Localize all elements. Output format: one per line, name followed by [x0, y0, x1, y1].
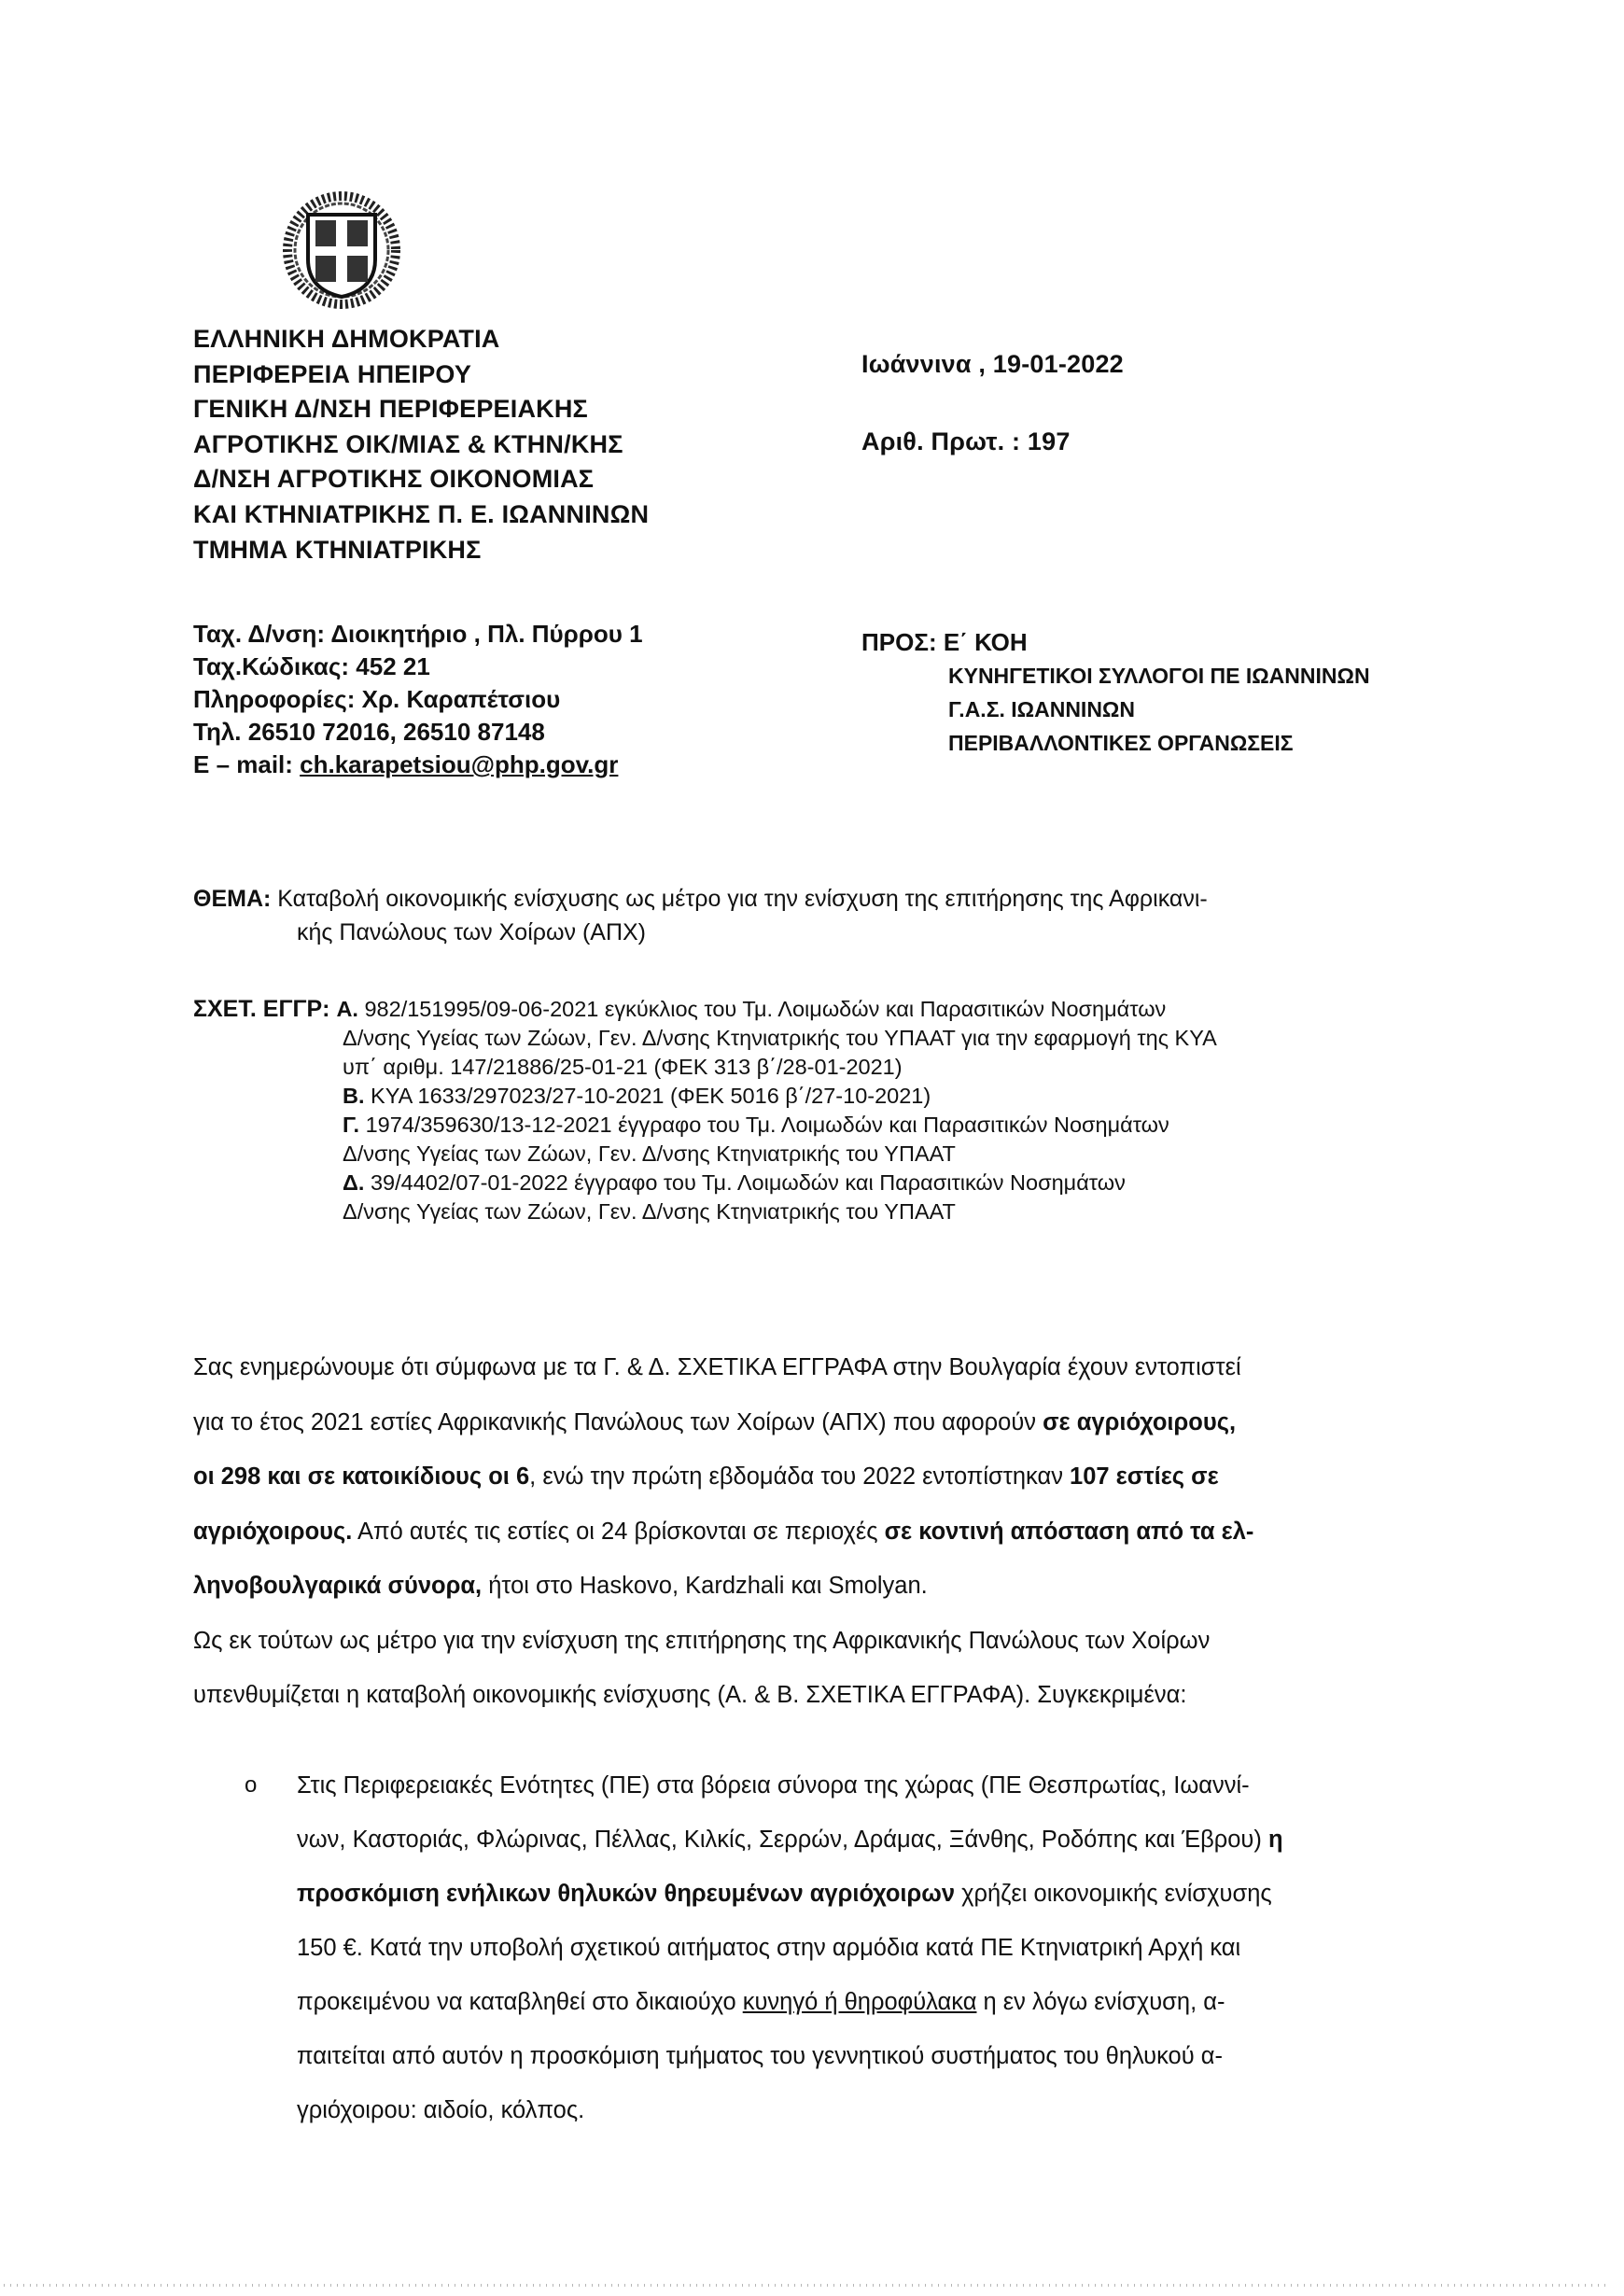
date-protocol-block: Ιωάννινα , 19-01-2022 Αριθ. Πρωτ. : 197	[861, 347, 1124, 459]
body-text-bold: αγριόχοιρους.	[193, 1519, 352, 1545]
reference-text: 39/4402/07-01-2022 έγγραφο του Τμ. Λοιμω…	[371, 1170, 1126, 1195]
greek-coat-of-arms-icon	[280, 187, 403, 310]
bullet-text-bold: προσκόμιση ενήλικων θηλυκών θηρευμένων α…	[297, 1881, 955, 1907]
body-line: Σας ενημερώνουμε ότι σύμφωνα με τα Γ. & …	[193, 1340, 1253, 1395]
reference-key: Δ.	[343, 1170, 364, 1195]
body-line: αγριόχοιρους. Από αυτές τις εστίες οι 24…	[193, 1505, 1253, 1560]
bullet-marker-icon: o	[245, 1758, 263, 1813]
issuer-line: ΑΓΡΟΤΙΚΗΣ ΟΙΚ/ΜΙΑΣ & ΚΤΗΝ/ΚΗΣ	[193, 427, 649, 463]
issuer-line: ΕΛΛΗΝΙΚΗ ΔΗΜΟΚΡΑΤΙΑ	[193, 322, 649, 357]
reference-text: υπ΄ αριθμ. 147/21886/25-01-21 (ΦΕΚ 313 β…	[193, 1053, 1217, 1082]
recipients-block: ΠΡΟΣ: Ε΄ ΚΟΗ ΚΥΝΗΓΕΤΙΚΟΙ ΣΥΛΛΟΓΟΙ ΠΕ ΙΩΑ…	[861, 625, 1370, 760]
body-line: για το έτος 2021 εστίες Αφρικανικής Πανώ…	[193, 1395, 1253, 1450]
bullet-text: η εν λόγω ενίσχυση, α-	[976, 1989, 1225, 2015]
reference-text: Δ/νσης Υγείας των Ζώων, Γεν. Δ/νσης Κτην…	[193, 1140, 1217, 1169]
bullet-line: νων, Καστοριάς, Φλώρινας, Πέλλας, Κιλκίς…	[245, 1813, 1283, 1867]
phone: Τηλ. 26510 72016, 26510 87148	[193, 716, 643, 749]
reference-text: Δ/νσης Υγείας των Ζώων, Γεν. Δ/νσης Κτην…	[193, 1197, 1217, 1226]
body-text: για το έτος 2021 εστίες Αφρικανικής Πανώ…	[193, 1409, 1043, 1435]
reference-text: Δ/νσης Υγείας των Ζώων, Γεν. Δ/νσης Κτην…	[193, 1024, 1217, 1053]
recipient: ΚΥΝΗΓΕΤΙΚΟΙ ΣΥΛΛΟΓΟΙ ΠΕ ΙΩΑΝΝΙΝΩΝ	[861, 659, 1370, 693]
subject-text-cont: κής Πανώλους των Χοίρων (ΑΠΧ)	[193, 916, 1453, 949]
body-line: Ως εκ τούτων ως μέτρο για την ενίσχυση τ…	[193, 1614, 1253, 1669]
body-line: οι 298 και σε κατοικίδιους οι 6, ενώ την…	[193, 1449, 1253, 1505]
reference-key: Α.	[336, 997, 358, 1021]
bullet-text: χρήζει οικονομικής ενίσχυσης	[955, 1881, 1272, 1907]
issuer-line: ΤΜΗΜΑ ΚΤΗΝΙΑΤΡΙΚΗΣ	[193, 533, 649, 568]
issuer-line: Δ/ΝΣΗ ΑΓΡΟΤΙΚΗΣ ΟΙΚΟΝΟΜΙΑΣ	[193, 462, 649, 497]
reference-key: Β.	[343, 1084, 365, 1108]
bullet-text: προκειμένου να καταβληθεί στο δικαιούχο	[297, 1989, 743, 2015]
body-text: , ενώ την πρώτη εβδομάδα του 2022 εντοπί…	[529, 1463, 1070, 1490]
address: Ταχ. Δ/νση: Διοικητήριο , Πλ. Πύρρου 1	[193, 618, 643, 651]
bullet-text-bold: η	[1268, 1827, 1283, 1853]
bullet-text: νων, Καστοριάς, Φλώρινας, Πέλλας, Κιλκίς…	[297, 1827, 1268, 1853]
recipient: Γ.Α.Σ. ΙΩΑΝΝΙΝΩΝ	[861, 693, 1370, 726]
recipient: ΠΕΡΙΒΑΛΛΟΝΤΙΚΕΣ ΟΡΓΑΝΩΣΕΙΣ	[861, 726, 1370, 760]
email-label: Ε – mail:	[193, 750, 300, 778]
references-block: ΣΧΕΤ. ΕΓΓΡ: Α. 982/151995/09-06-2021 εγκ…	[193, 995, 1217, 1226]
page-edge-divider	[4, 2284, 1609, 2287]
recipients-label: ΠΡΟΣ:	[861, 628, 937, 656]
bullet-line: προσκόμιση ενήλικων θηλυκών θηρευμένων α…	[245, 1867, 1283, 1921]
bullet-line: Στις Περιφερειακές Ενότητες (ΠΕ) στα βόρ…	[245, 1758, 1283, 1813]
issuer-line: ΠΕΡΙΦΕΡΕΙΑ ΗΠΕΙΡΟΥ	[193, 357, 649, 393]
body-text-bold: ληνοβουλγαρικά σύνορα,	[193, 1573, 482, 1599]
bullet-line: γριόχοιρου: αιδοίο, κόλπος.	[245, 2083, 1283, 2137]
issuer-block: ΕΛΛΗΝΙΚΗ ΔΗΜΟΚΡΑΤΙΑ ΠΕΡΙΦΕΡΕΙΑ ΗΠΕΙΡΟΥ Γ…	[193, 322, 649, 567]
body-paragraph: Σας ενημερώνουμε ότι σύμφωνα με τα Γ. & …	[193, 1340, 1253, 1723]
reference-text: 1974/359630/13-12-2021 έγγραφο του Τμ. Λ…	[366, 1113, 1169, 1137]
recipient: Ε΄ ΚΟΗ	[944, 628, 1028, 656]
reference-key: Γ.	[343, 1113, 359, 1137]
body-text: Από αυτές τις εστίες οι 24 βρίσκονται σε…	[352, 1519, 884, 1545]
postal-code: Ταχ.Κώδικας: 452 21	[193, 651, 643, 683]
place-date: Ιωάννινα , 19-01-2022	[861, 347, 1124, 383]
reference-text: ΚΥΑ 1633/297023/27-10-2021 (ΦΕΚ 5016 β΄/…	[365, 1084, 931, 1108]
body-line: υπενθυμίζεται η καταβολή οικονομικής ενί…	[193, 1668, 1253, 1723]
body-text-bold: οι 298 και σε κατοικίδιους οι 6	[193, 1463, 529, 1490]
subject-block: ΘΕΜΑ: Καταβολή οικονομικής ενίσχυσης ως …	[193, 882, 1453, 949]
issuer-line: ΓΕΝΙΚΗ Δ/ΝΣΗ ΠΕΡΙΦΕΡΕΙΑΚΗΣ	[193, 392, 649, 427]
subject-label: ΘΕΜΑ:	[193, 886, 271, 912]
email-link[interactable]: ch.karapetsiou@php.gov.gr	[300, 750, 618, 778]
body-text: ήτοι στο Haskovo, Kardzhali και Smolyan.	[482, 1573, 928, 1599]
body-text-bold: 107 εστίες σε	[1070, 1463, 1219, 1490]
protocol-number: Αριθ. Πρωτ. : 197	[861, 425, 1124, 460]
bullet-line: 150 €. Κατά την υποβολή σχετικού αιτήματ…	[245, 1921, 1283, 1975]
body-text-bold: σε αγριόχοιρους,	[1043, 1409, 1236, 1435]
references-label: ΣΧΕΤ. ΕΓΓΡ:	[193, 996, 336, 1022]
reference-text: 982/151995/09-06-2021 εγκύκλιος του Τμ. …	[364, 997, 1166, 1021]
issuer-line: ΚΑΙ ΚΤΗΝΙΑΤΡΙΚΗΣ Π. Ε. ΙΩΑΝΝΙΝΩΝ	[193, 497, 649, 533]
bullet-line: παιτείται από αυτόν η προσκόμιση τμήματο…	[245, 2029, 1283, 2083]
bullet-text-underlined: κυνηγό ή θηροφύλακα	[743, 1989, 977, 2015]
contact-block: Ταχ. Δ/νση: Διοικητήριο , Πλ. Πύρρου 1 Τ…	[193, 618, 643, 781]
subject-text: Καταβολή οικονομικής ενίσχυσης ως μέτρο …	[271, 886, 1207, 912]
body-text-bold: σε κοντινή απόσταση από τα ελ-	[885, 1519, 1254, 1545]
bullet-item: o Στις Περιφερειακές Ενότητες (ΠΕ) στα β…	[245, 1758, 1283, 2137]
info-contact: Πληροφορίες: Χρ. Καραπέτσιου	[193, 683, 643, 716]
bullet-line: προκειμένου να καταβληθεί στο δικαιούχο …	[245, 1975, 1283, 2029]
email-row: Ε – mail: ch.karapetsiou@php.gov.gr	[193, 749, 643, 781]
body-line: ληνοβουλγαρικά σύνορα, ήτοι στο Haskovo,…	[193, 1559, 1253, 1614]
